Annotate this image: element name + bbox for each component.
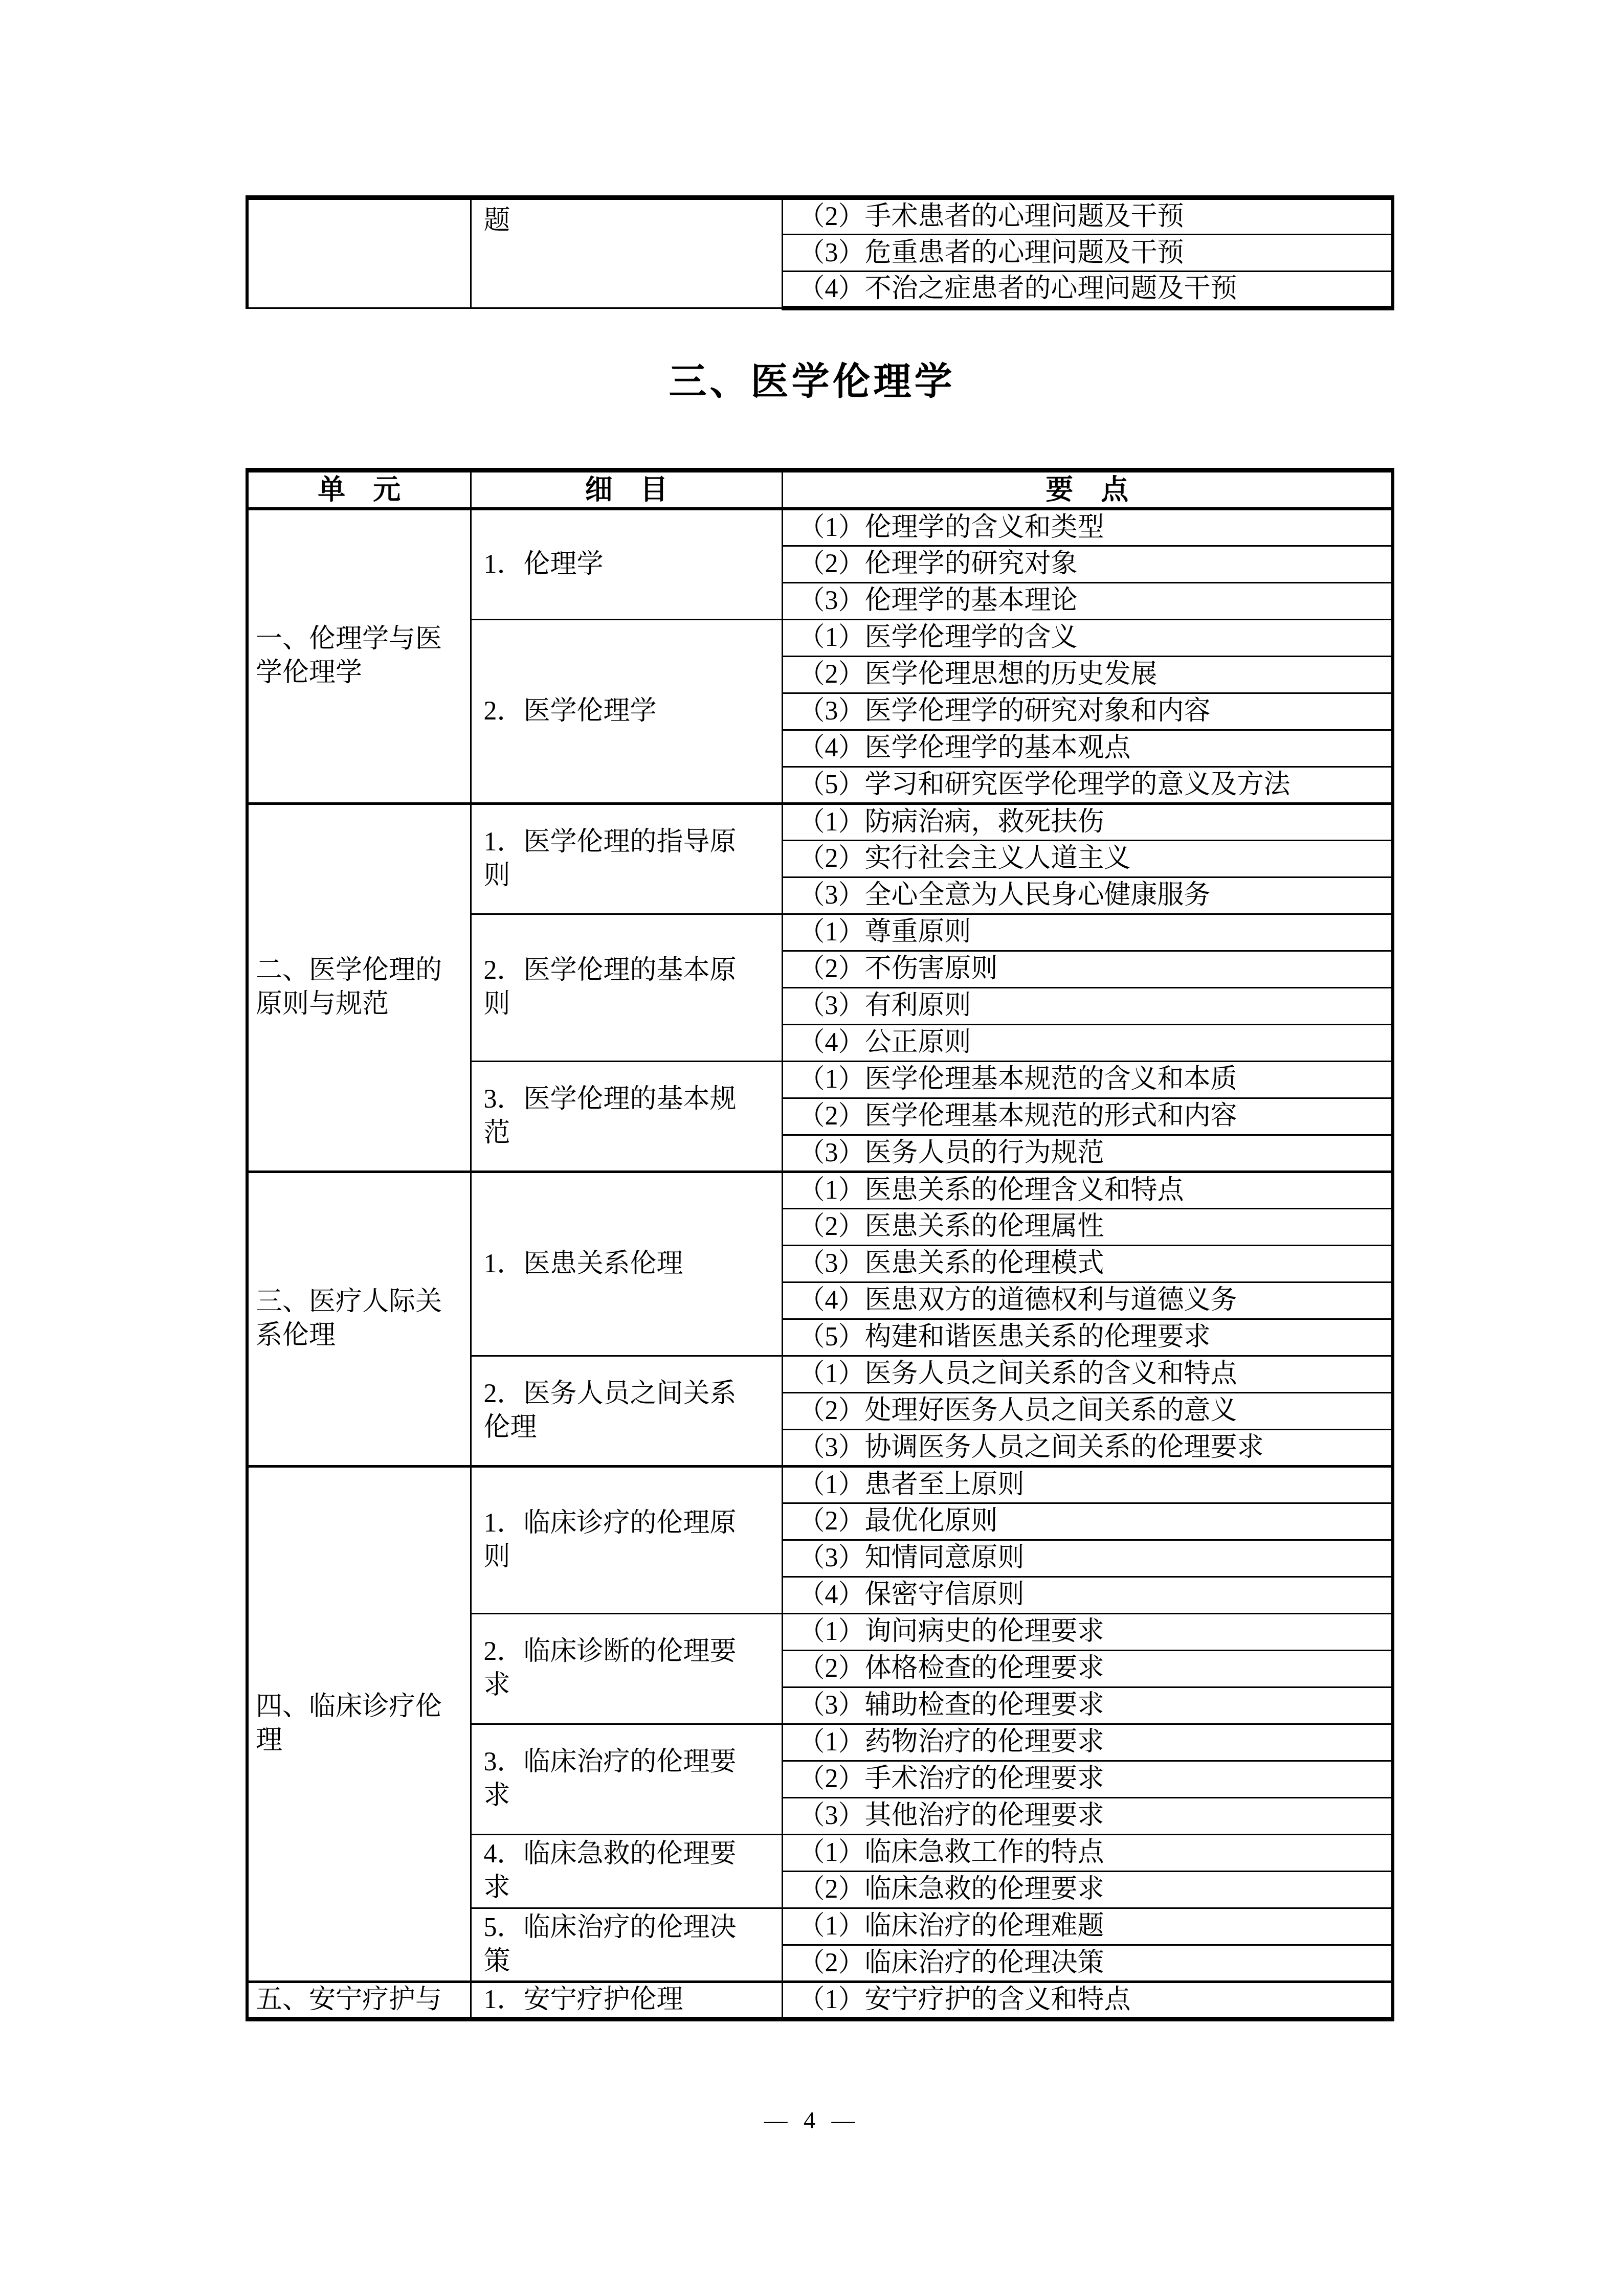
unit-cell bbox=[247, 198, 471, 308]
point-cell: （1）临床治疗的伦理难题 bbox=[782, 1908, 1393, 1945]
point-cell: （2）最优化原则 bbox=[782, 1503, 1393, 1540]
header-points: 要 点 bbox=[782, 470, 1393, 509]
detail-cell: 2．临床诊断的伦理要 求 bbox=[471, 1613, 782, 1724]
point-cell: （3）医患关系的伦理模式 bbox=[782, 1245, 1393, 1282]
point-cell: （3）医学伦理学的研究对象和内容 bbox=[782, 693, 1393, 730]
continuation-table-wrap: 题 （2）手术患者的心理问题及干预 （3）危重患者的心理问题及干预 （4）不治之… bbox=[246, 195, 1394, 310]
point-cell: （2）体格检查的伦理要求 bbox=[782, 1650, 1393, 1687]
point-cell: （4）医学伦理学的基本观点 bbox=[782, 730, 1393, 767]
point-cell: （5）构建和谐医患关系的伦理要求 bbox=[782, 1319, 1393, 1356]
table-row: 三、医疗人际关 系伦理 1．医患关系伦理 （1）医患关系的伦理含义和特点 bbox=[247, 1172, 1393, 1208]
table-row: 一、伦理学与医 学伦理学 1．伦理学 （1）伦理学的含义和类型 bbox=[247, 509, 1393, 546]
continuation-table: 题 （2）手术患者的心理问题及干预 （3）危重患者的心理问题及干预 （4）不治之… bbox=[246, 195, 1394, 310]
table-row: 四、临床诊疗伦 理 1．临床诊疗的伦理原 则 （1）患者至上原则 bbox=[247, 1466, 1393, 1503]
point-cell: （3）全心全意为人民身心健康服务 bbox=[782, 877, 1393, 914]
point-cell: （2）伦理学的研究对象 bbox=[782, 546, 1393, 582]
point-cell: （1）伦理学的含义和类型 bbox=[782, 509, 1393, 546]
point-cell: （2）医学伦理思想的历史发展 bbox=[782, 656, 1393, 693]
point-cell: （1）询问病史的伦理要求 bbox=[782, 1613, 1393, 1650]
detail-cell: 2．医学伦理的基本原 则 bbox=[471, 914, 782, 1061]
point-cell: （3）医务人员的行为规范 bbox=[782, 1135, 1393, 1172]
point-cell: （5）学习和研究医学伦理学的意义及方法 bbox=[782, 767, 1393, 803]
detail-cell: 1．医患关系伦理 bbox=[471, 1172, 782, 1356]
point-cell: （4）公正原则 bbox=[782, 1024, 1393, 1061]
page-number: — 4 — bbox=[0, 2103, 1624, 2139]
detail-cell: 2．医务人员之间关系 伦理 bbox=[471, 1356, 782, 1466]
point-cell: （3）协调医务人员之间关系的伦理要求 bbox=[782, 1429, 1393, 1466]
point-cell: （1）医学伦理基本规范的含义和本质 bbox=[782, 1061, 1393, 1098]
point-cell: （1）药物治疗的伦理要求 bbox=[782, 1724, 1393, 1761]
detail-cell: 3．医学伦理的基本规 范 bbox=[471, 1061, 782, 1172]
point-cell: （3）有利原则 bbox=[782, 987, 1393, 1024]
point-cell: （2）实行社会主义人道主义 bbox=[782, 840, 1393, 877]
header-detail: 细 目 bbox=[471, 470, 782, 509]
section-title: 三、医学伦理学 bbox=[0, 356, 1624, 407]
point-cell: （3）伦理学的基本理论 bbox=[782, 582, 1393, 619]
point-cell: （1）防病治病，救死扶伤 bbox=[782, 803, 1393, 840]
table-row: 题 （2）手术患者的心理问题及干预 bbox=[247, 198, 1393, 235]
point-cell: （2）手术治疗的伦理要求 bbox=[782, 1761, 1393, 1797]
point-cell: （4）不治之症患者的心理问题及干预 bbox=[782, 272, 1393, 308]
syllabus-table: 单 元 细 目 要 点 一、伦理学与医 学伦理学 1．伦理学 （1）伦理学的含义… bbox=[246, 468, 1394, 2021]
point-cell: （3）危重患者的心理问题及干预 bbox=[782, 235, 1393, 272]
detail-cell: 1．临床诊疗的伦理原 则 bbox=[471, 1466, 782, 1613]
table-header-row: 单 元 细 目 要 点 bbox=[247, 470, 1393, 509]
point-cell: （4）保密守信原则 bbox=[782, 1577, 1393, 1613]
point-cell: （1）患者至上原则 bbox=[782, 1466, 1393, 1503]
detail-cell: 5．临床治疗的伦理决 策 bbox=[471, 1908, 782, 1982]
unit-cell: 三、医疗人际关 系伦理 bbox=[247, 1172, 471, 1466]
table-row: 五、安宁疗护与 1．安宁疗护伦理 （1）安宁疗护的含义和特点 bbox=[247, 1982, 1393, 2019]
detail-cell: 3．临床治疗的伦理要 求 bbox=[471, 1724, 782, 1834]
point-cell: （1）医患关系的伦理含义和特点 bbox=[782, 1172, 1393, 1208]
point-cell: （2）临床急救的伦理要求 bbox=[782, 1871, 1393, 1908]
detail-cell: 1．安宁疗护伦理 bbox=[471, 1982, 782, 2019]
detail-cell: 4．临床急救的伦理要 求 bbox=[471, 1834, 782, 1908]
point-cell: （2）临床治疗的伦理决策 bbox=[782, 1945, 1393, 1982]
point-cell: （3）知情同意原则 bbox=[782, 1540, 1393, 1577]
point-cell: （2）处理好医务人员之间关系的意义 bbox=[782, 1392, 1393, 1429]
unit-cell: 四、临床诊疗伦 理 bbox=[247, 1466, 471, 1982]
header-unit: 单 元 bbox=[247, 470, 471, 509]
point-cell: （1）尊重原则 bbox=[782, 914, 1393, 951]
detail-cell: 1．医学伦理的指导原 则 bbox=[471, 803, 782, 914]
point-cell: （1）临床急救工作的特点 bbox=[782, 1834, 1393, 1871]
point-cell: （2）不伤害原则 bbox=[782, 951, 1393, 987]
point-cell: （1）医务人员之间关系的含义和特点 bbox=[782, 1356, 1393, 1392]
detail-cell: 题 bbox=[471, 198, 782, 308]
point-cell: （1）医学伦理学的含义 bbox=[782, 619, 1393, 656]
point-cell: （2）医患关系的伦理属性 bbox=[782, 1208, 1393, 1245]
detail-cell: 2．医学伦理学 bbox=[471, 619, 782, 803]
point-cell: （3）其他治疗的伦理要求 bbox=[782, 1797, 1393, 1834]
point-cell: （3）辅助检查的伦理要求 bbox=[782, 1687, 1393, 1724]
unit-cell: 一、伦理学与医 学伦理学 bbox=[247, 509, 471, 803]
main-table-wrap: 单 元 细 目 要 点 一、伦理学与医 学伦理学 1．伦理学 （1）伦理学的含义… bbox=[246, 468, 1394, 2021]
point-cell: （1）安宁疗护的含义和特点 bbox=[782, 1982, 1393, 2019]
point-cell: （2）手术患者的心理问题及干预 bbox=[782, 198, 1393, 235]
detail-cell: 1．伦理学 bbox=[471, 509, 782, 619]
unit-cell: 二、医学伦理的 原则与规范 bbox=[247, 803, 471, 1172]
point-cell: （2）医学伦理基本规范的形式和内容 bbox=[782, 1098, 1393, 1135]
unit-cell: 五、安宁疗护与 bbox=[247, 1982, 471, 2019]
point-cell: （4）医患双方的道德权利与道德义务 bbox=[782, 1282, 1393, 1319]
table-row: 二、医学伦理的 原则与规范 1．医学伦理的指导原 则 （1）防病治病，救死扶伤 bbox=[247, 803, 1393, 840]
